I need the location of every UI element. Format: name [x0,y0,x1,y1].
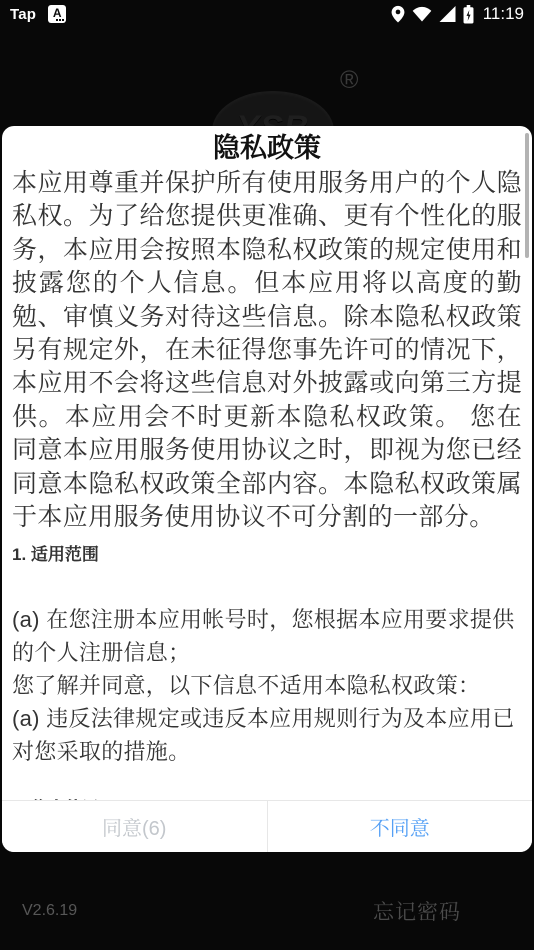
carrier-label: Tap [10,6,36,23]
registered-trademark-icon: ® [340,66,358,95]
policy-section1-note: 您了解并同意，以下信息不适用本隐私权政策： [12,669,522,702]
cellular-signal-icon [439,6,456,22]
ime-keyboard-icon: A [48,5,66,23]
agree-button[interactable]: 同意(6) [2,801,268,852]
policy-intro-paragraph: 本应用尊重并保护所有使用服务用户的个人隐私权。为了给您提供更准确、更有个性化的服… [12,167,522,534]
policy-section1-title: 1. 适用范围 [12,543,522,567]
clock: 11:19 [483,4,524,24]
app-version-label: V2.6.19 [22,902,77,920]
location-icon [391,5,405,23]
scrollbar-thumb[interactable] [525,133,529,258]
ime-letter: A [53,7,62,19]
status-bar-right: 11:19 [391,4,524,24]
privacy-policy-dialog: 隐私政策 本应用尊重并保护所有使用服务用户的个人隐私权。为了给您提供更准确、更有… [2,126,532,852]
policy-text-scroll-area[interactable]: 本应用尊重并保护所有使用服务用户的个人隐私权。为了给您提供更准确、更有个性化的服… [2,165,532,800]
forgot-password-link[interactable]: 忘记密码 [373,896,461,926]
battery-charging-icon [463,5,474,24]
status-bar: Tap A 11:19 [0,0,534,28]
disagree-button[interactable]: 不同意 [268,801,533,852]
app-screen: Tap A 11:19 YSB ® [0,0,534,950]
policy-section1-item-b: (a) 违反法律规定或违反本应用规则行为及本应用已对您采取的措施。 [12,702,522,768]
policy-section1-item-a: (a) 在您注册本应用帐号时，您根据本应用要求提供的个人注册信息； [12,603,522,669]
dialog-button-row: 同意(6) 不同意 [2,800,532,852]
status-bar-left: Tap A [10,5,66,23]
wifi-icon [412,6,432,22]
dialog-title: 隐私政策 [2,126,532,165]
